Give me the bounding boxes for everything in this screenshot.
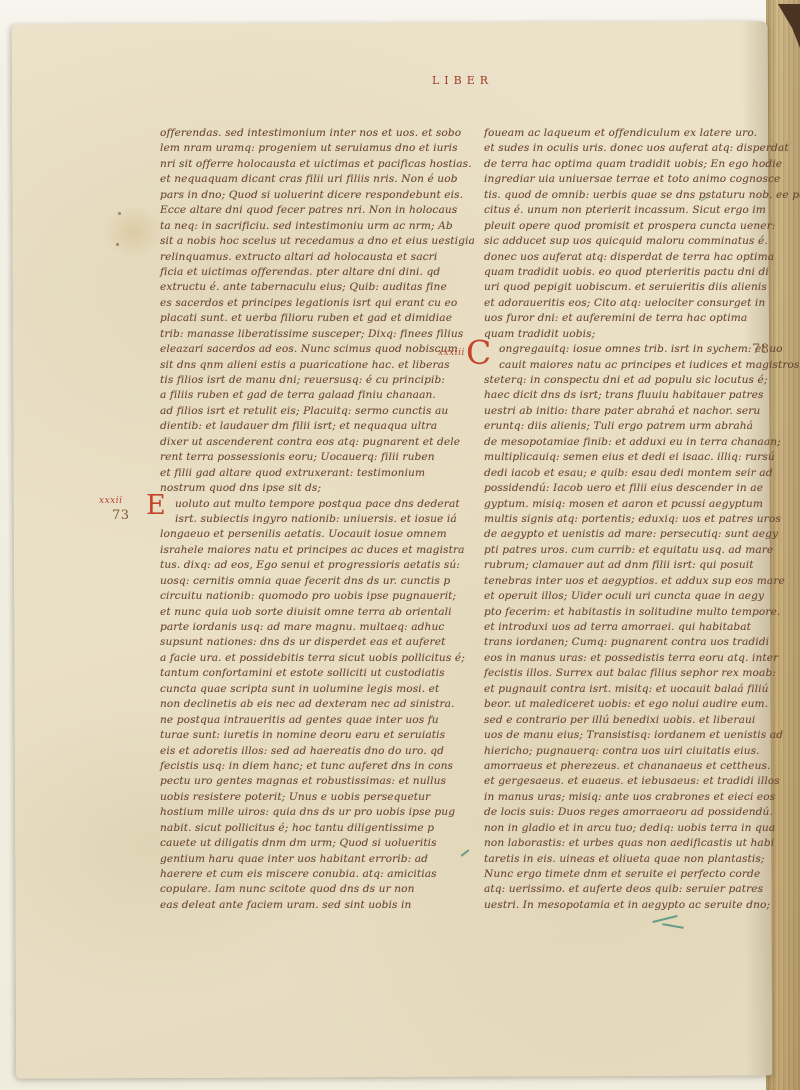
text-column-left: offerendas. sed intestimonium inter nos … <box>160 126 476 913</box>
manuscript-text-line: et nequaquam dicant cras filii uri filii… <box>160 172 476 187</box>
manuscript-text-line: dedi iacob et esau; e quib: esau dedi mo… <box>484 466 780 481</box>
manuscript-text-line: et filii gad altare quod extruxerant: te… <box>160 466 476 481</box>
manuscript-text-line: tenebras inter uos et aegyptios. et addu… <box>484 574 780 589</box>
manuscript-text-line: uestri ab initio: thare pater abrahá et … <box>484 404 780 419</box>
marginal-folio-number-left: 73 <box>112 508 130 523</box>
manuscript-text-line: dientib: et laudauer dm filii isrt; et n… <box>160 419 476 434</box>
ink-speck <box>118 212 121 215</box>
manuscript-text-line: uosq: cernitis omnia quae fecerit dns ds… <box>160 574 476 589</box>
manuscript-text-line: sic adducet sup uos quicquid maloru comm… <box>484 234 780 249</box>
manuscript-text-line: amorraeus et pherezeus. et chananaeus et… <box>484 759 780 774</box>
manuscript-text-line: et operuit illos; Uider oculi uri cuncta… <box>484 589 780 604</box>
manuscript-text-line: cauit maiores natu ac principes et iudic… <box>484 358 780 373</box>
manuscript-text-line: et sudes in oculis uris. donec uos aufer… <box>484 141 780 156</box>
manuscript-text-line: extructu é. ante tabernaculu eius; Quib:… <box>160 280 476 295</box>
manuscript-text-line: ad filios isrt et retulit eis; Placuitq:… <box>160 404 476 419</box>
manuscript-text-line: de mesopotamiae finib: et adduxi eu in t… <box>484 435 780 450</box>
manuscript-text-line: israhele maiores natu et principes ac du… <box>160 543 476 558</box>
manuscript-text-line: sit a nobis hoc scelus ut recedamus a dn… <box>160 234 476 249</box>
manuscript-text-line: et gergesaeus. et euaeus. et iebusaeus: … <box>484 774 780 789</box>
manuscript-text-line: supsunt nationes: dns ds ur disperdet ea… <box>160 635 476 650</box>
manuscript-text-line: dixer ut ascenderent contra eos atq: pug… <box>160 435 476 450</box>
manuscript-text-line: sed e contrario per illú benedixi uobis.… <box>484 713 780 728</box>
manuscript-text-line: gentium haru quae inter uos habitant err… <box>160 852 476 867</box>
manuscript-text-line: non in gladio et in arcu tuo; dediq: uob… <box>484 821 780 836</box>
manuscript-text-line: trans iordanen; Cumq: pugnarent contra u… <box>484 635 780 650</box>
manuscript-text-line: uos de manu eius; Transistisq: iordanem … <box>484 728 780 743</box>
manuscript-text-line: nabit. sicut pollicitus é; hoc tantu dil… <box>160 821 476 836</box>
manuscript-text-line: uoluto aut multo tempore postqua pace dn… <box>160 497 476 512</box>
manuscript-text-line: atq: uerissimo. et auferte deos quib: se… <box>484 882 780 897</box>
parchment-stain <box>104 206 162 258</box>
manuscript-text-line: non laborastis: et urbes quas non aedifi… <box>484 836 780 851</box>
manuscript-text-line: es sacerdos et principes legationis isrt… <box>160 296 476 311</box>
manuscript-text-line: non declinetis ab eis nec ad dexteram ne… <box>160 697 476 712</box>
manuscript-text-line: relinquamus. extructo altari ad holocaus… <box>160 250 476 265</box>
manuscript-text-line: isrt. subiectis ingyro nationib: uniuers… <box>160 512 476 527</box>
manuscript-text-line: eas deleat ante faciem uram. sed sint uo… <box>160 898 476 913</box>
ink-speck <box>116 243 119 246</box>
manuscript-text-line: tis. quod de omnib: uerbis quae se dns p… <box>484 188 780 203</box>
manuscript-text-line: offerendas. sed intestimonium inter nos … <box>160 126 476 141</box>
manuscript-text-line: a filiis ruben et gad de terra galaad fi… <box>160 388 476 403</box>
text-column-right: foueam ac laqueum et offendiculum ex lat… <box>484 126 780 913</box>
manuscript-text-line: pleuit opere quod promisit et prospera c… <box>484 219 780 234</box>
manuscript-text-line: trib: manasse liberatissime susceper; Di… <box>160 327 476 342</box>
manuscript-text-line: a facie ura. et possidebitis terra sicut… <box>160 651 476 666</box>
manuscript-text-line: longaeuo et persenilis aetatis. Uocauit … <box>160 527 476 542</box>
marginal-chapter-number-right: xxxiii <box>438 348 465 358</box>
manuscript-text-line: ingrediar uia uniuersae terrae et toto a… <box>484 172 780 187</box>
manuscript-text-line: gyptum. misiq: mosen et aaron et pcussi … <box>484 497 780 512</box>
manuscript-text-line: et introduxi uos ad terra amorraei. qui … <box>484 620 780 635</box>
manuscript-text-line: uri quod pepigit uobiscum. et seruieriti… <box>484 280 780 295</box>
manuscript-text-line: nostrum quod dns ipse sit ds; <box>160 481 476 496</box>
manuscript-text-line: et adoraueritis eos; Cito atq: uelociter… <box>484 296 780 311</box>
manuscript-text-line: in manus uras; misiq: ante uos crabrones… <box>484 790 780 805</box>
manuscript-text-line: quam tradidit uobis; <box>484 327 780 342</box>
manuscript-text-line: de aegypto et uenistis ad mare: persecut… <box>484 527 780 542</box>
manuscript-text-line: ongregauitq: iosue omnes trib. isrt in s… <box>484 342 780 357</box>
manuscript-text-line: placati sunt. et uerba filioru ruben et … <box>160 311 476 326</box>
manuscript-text-line: tus. dixq: ad eos, Ego senui et progress… <box>160 558 476 573</box>
manuscript-text-line: cuncta quae scripta sunt in uolumine leg… <box>160 682 476 697</box>
manuscript-text-line: eos in manus uras: et possedistis terra … <box>484 651 780 666</box>
manuscript-text-line: fecistis usq: in diem hanc; et tunc aufe… <box>160 759 476 774</box>
chapter-initial-c: C <box>466 336 491 369</box>
manuscript-text-line: eruntq: diis alienis; Tuli ergo patrem u… <box>484 419 780 434</box>
manuscript-text-line: rubrum; clamauer aut ad dnm filii isrt: … <box>484 558 780 573</box>
manuscript-text-line: uestri. In mesopotamia et in aegypto ac … <box>484 898 780 913</box>
manuscript-text-line: pto fecerim: et habitastis in solitudine… <box>484 605 780 620</box>
manuscript-text-line: hiericho; pugnauerq: contra uos uiri ciu… <box>484 744 780 759</box>
manuscript-text-line: ta neq: in sacrificiu. sed intestimoniu … <box>160 219 476 234</box>
manuscript-text-line: citus é. unum non pterierit incassum. Si… <box>484 203 780 218</box>
manuscript-text-line: multiplicauiq: semen eius et dedi ei isa… <box>484 450 780 465</box>
manuscript-text-line: pti patres uros. cum currib: et equitatu… <box>484 543 780 558</box>
marginal-chapter-number-left: xxxii <box>99 496 122 506</box>
manuscript-text-line: lem nram uramq: progeniem ut seruiamus d… <box>160 141 476 156</box>
manuscript-text-line: et nunc quia uob sorte diuisit omne terr… <box>160 605 476 620</box>
manuscript-text-line: parte iordanis usq: ad mare magnu. multa… <box>160 620 476 635</box>
manuscript-text-line: multis signis atq: portentis; eduxiq: uo… <box>484 512 780 527</box>
manuscript-text-line: uobis resistere poterit; Unus e uobis pe… <box>160 790 476 805</box>
manuscript-text-line: quam tradidit uobis. eo quod pterieritis… <box>484 265 780 280</box>
manuscript-text-line: copulare. Iam nunc scitote quod dns ds u… <box>160 882 476 897</box>
manuscript-text-line: pars in dno; Quod si uoluerint dicere re… <box>160 188 476 203</box>
manuscript-text-line: steterq: in conspectu dni et ad populu s… <box>484 373 780 388</box>
manuscript-text-line: tantum confortamini et estote solliciti … <box>160 666 476 681</box>
manuscript-text-line: ficia et uictimas offerendas. pter altar… <box>160 265 476 280</box>
manuscript-text-line: beor. ut malediceret uobis: et ego nolui… <box>484 697 780 712</box>
manuscript-text-line: ne postqua intraueritis ad gentes quae i… <box>160 713 476 728</box>
manuscript-text-line: haec dicit dns ds isrt; trans fluuiu hab… <box>484 388 780 403</box>
manuscript-text-line: de locis suis: Duos reges amorraeoru ad … <box>484 805 780 820</box>
manuscript-text-line: et pugnauit contra isrt. misitq: et uoca… <box>484 682 780 697</box>
manuscript-text-line: eleazari sacerdos ad eos. Nunc scimus qu… <box>160 342 476 357</box>
marginal-folio-number-right: 78 <box>752 342 770 357</box>
running-title: LIBER <box>432 74 493 87</box>
manuscript-text-line: foueam ac laqueum et offendiculum ex lat… <box>484 126 780 141</box>
manuscript-text-line: hostium mille uiros: quia dns ds ur pro … <box>160 805 476 820</box>
manuscript-text-line: circuitu nationib: quomodo pro uobis ips… <box>160 589 476 604</box>
manuscript-text-line: Ecce altare dni quod fecer patres nri. N… <box>160 203 476 218</box>
chapter-initial-e: E <box>146 492 166 519</box>
manuscript-text-line: fecistis illos. Surrex aut balac filius … <box>484 666 780 681</box>
manuscript-text-line: pectu uro gentes magnas et robustissimas… <box>160 774 476 789</box>
manuscript-text-line: eis et adoretis illos: sed ad haereatis … <box>160 744 476 759</box>
manuscript-text-line: cauete ut diligatis dnm dm urm; Quod si … <box>160 836 476 851</box>
manuscript-text-line: turae sunt: iuretis in nomine deoru earu… <box>160 728 476 743</box>
manuscript-text-line: taretis in eis. uineas et oliueta quae n… <box>484 852 780 867</box>
manuscript-text-line: rent terra possessionis eoru; Uocauerq: … <box>160 450 476 465</box>
manuscript-text-line: uos furor dni: et auferemini de terra ha… <box>484 311 780 326</box>
manuscript-text-line: possidendú: Iacob uero et filii eius des… <box>484 481 780 496</box>
manuscript-text-line: sit dns qnm alieni estis a puaricatione … <box>160 358 476 373</box>
manuscript-text-line: donec uos auferat atq: disperdat de terr… <box>484 250 780 265</box>
manuscript-text-line: nri sit offerre holocausta et uictimas e… <box>160 157 476 172</box>
manuscript-text-line: Nunc ergo timete dnm et seruite ei perfe… <box>484 867 780 882</box>
manuscript-text-line: de terra hac optima quam tradidit uobis;… <box>484 157 780 172</box>
manuscript-text-line: haerere et cum eis miscere conubia. atq:… <box>160 867 476 882</box>
manuscript-text-line: tis filios isrt de manu dni; reuersusq: … <box>160 373 476 388</box>
